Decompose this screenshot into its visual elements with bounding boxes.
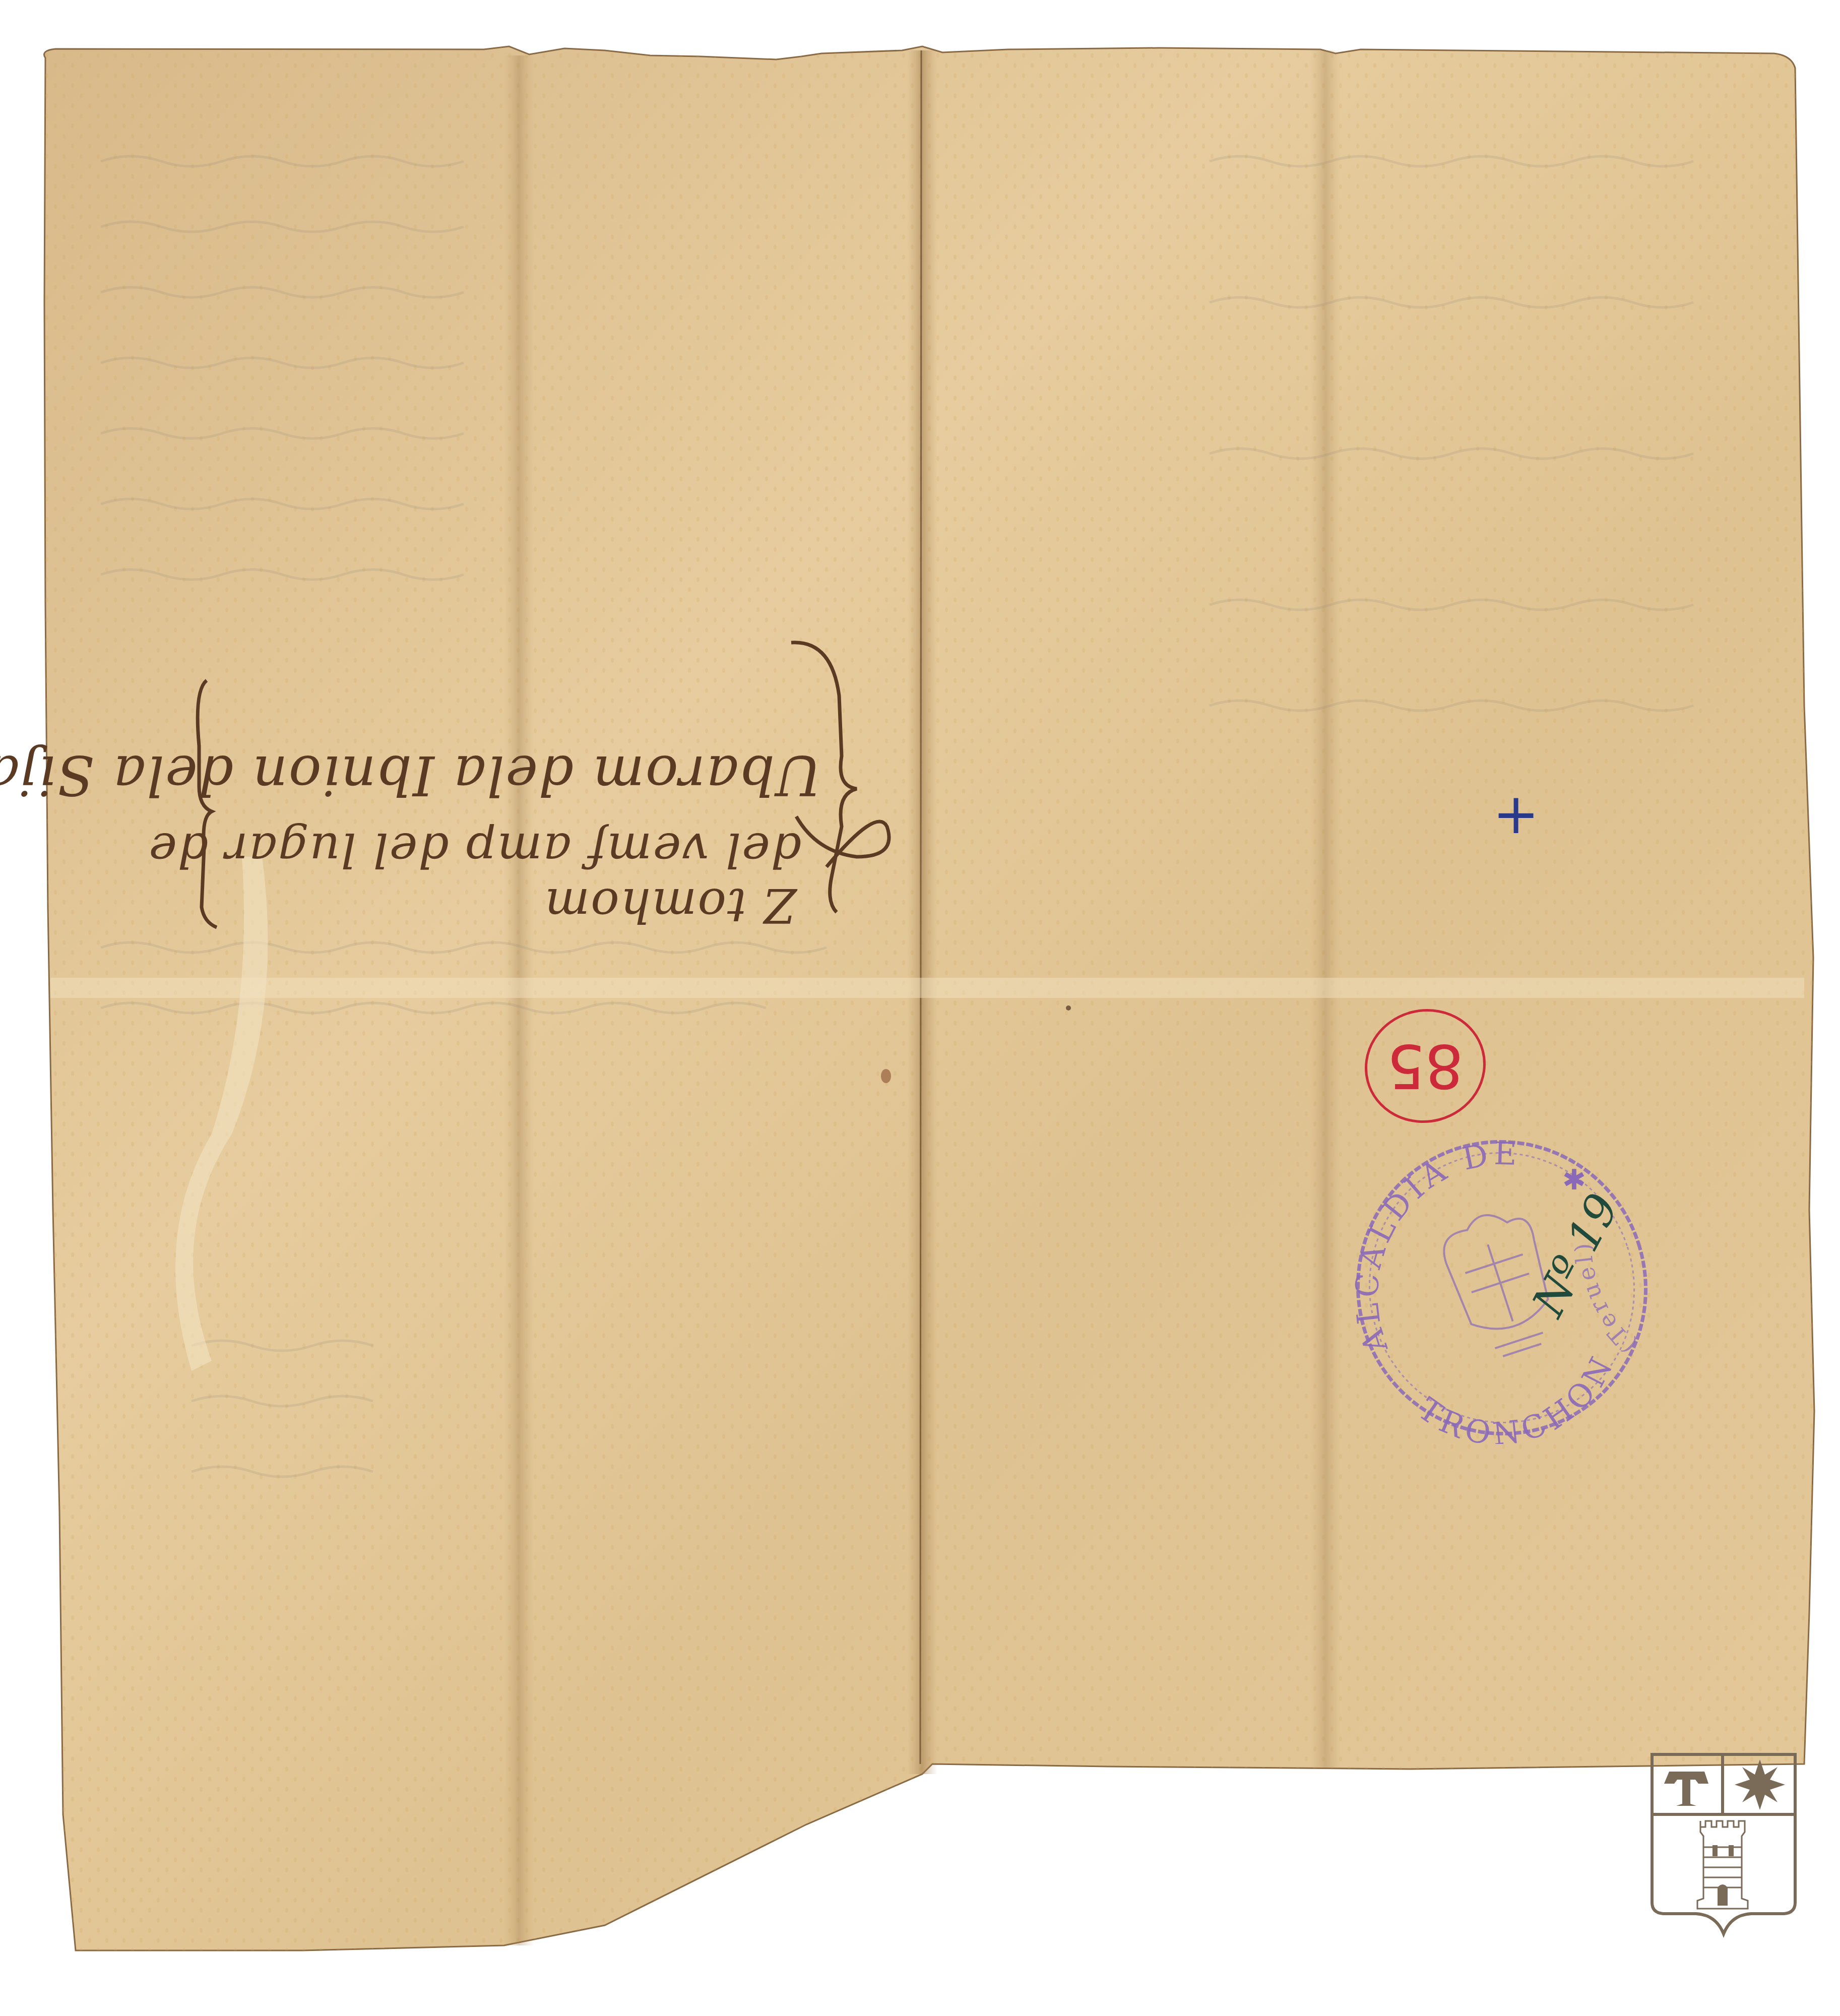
endorsement-line-3: Z tomhom <box>544 877 796 932</box>
endorsement-line-2: del vemf amp del lugar de <box>148 822 801 877</box>
stamp-bottom-text: TRONCHON <box>1412 1347 1622 1444</box>
archive-number: 85 <box>1361 1005 1489 1126</box>
tau-cross-icon <box>1664 1772 1708 1806</box>
blue-cross-mark: + <box>1493 786 1539 842</box>
archive-number-circle: 85 <box>1361 1005 1489 1126</box>
coat-of-arms-logo <box>1648 1751 1799 1938</box>
coat-of-arms-icon <box>1648 1751 1799 1938</box>
fold-left <box>504 55 534 1945</box>
fold-horizontal <box>50 978 1804 998</box>
stamp-seal-icon: ALCALDIA DE ✱ TRONCHON (Teruel) <box>1341 1131 1663 1444</box>
inverted-endorsement: Ubarom dela Ibnion dela Sija del vemf am… <box>212 640 887 932</box>
svg-text:TRONCHON: TRONCHON <box>1412 1347 1622 1444</box>
parchment-shape <box>0 0 1840 2016</box>
alcaldia-stamp: ALCALDIA DE ✱ TRONCHON (Teruel) <box>1341 1131 1663 1444</box>
endorsement-line-1: Ubarom dela Ibnion dela Sija <box>0 743 821 806</box>
stamp-top-text: ALCALDIA DE <box>1348 1135 1521 1358</box>
fold-center <box>907 50 937 1774</box>
svg-text:ALCALDIA DE: ALCALDIA DE <box>1348 1135 1521 1358</box>
parchment-sheet <box>0 0 1840 2016</box>
fold-right <box>1310 50 1341 1769</box>
eight-point-star-icon <box>1735 1759 1785 1810</box>
